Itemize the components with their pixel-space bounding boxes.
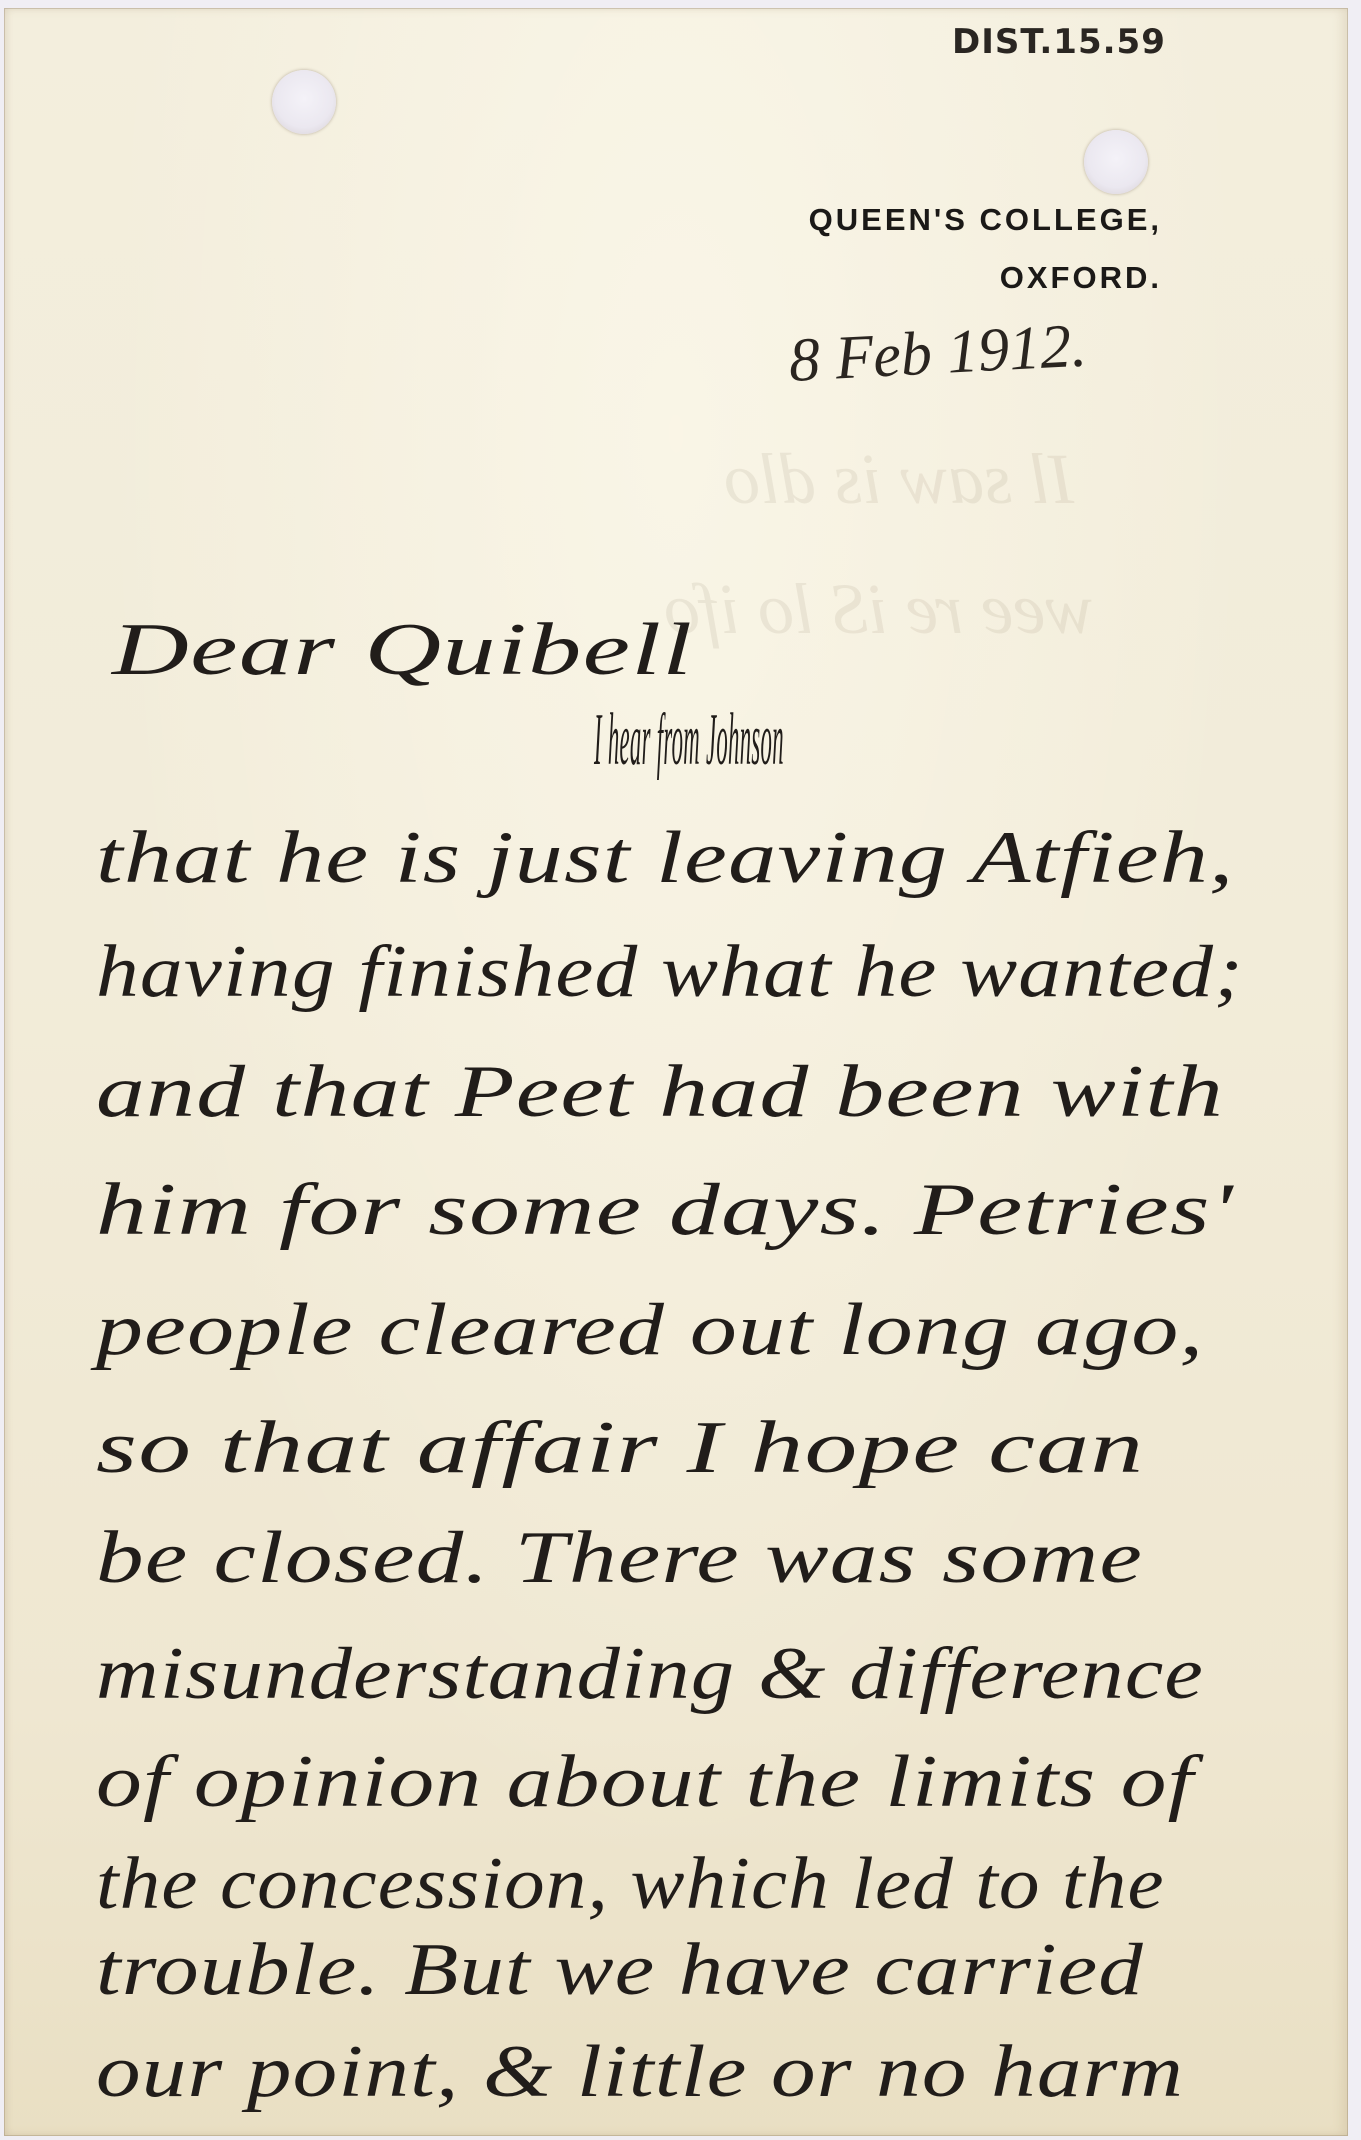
body-line: of opinion about the limits of (96, 1740, 1194, 1825)
body-line: the concession, which led to the (96, 1842, 1165, 1927)
body-line: people cleared out long ago, (96, 1288, 1204, 1373)
body-line: that he is just leaving Atfieh, (96, 816, 1234, 901)
punch-hole-right (1084, 130, 1148, 194)
body-line: him for some days. Petries' (96, 1168, 1234, 1253)
bleed-through-text: Il saw is dlo (724, 438, 1074, 521)
punch-hole-left (272, 70, 336, 134)
letter-page: Il saw is dlo wee re iS lo ifo DIST.15.5… (4, 8, 1348, 2136)
body-line: I hear from Johnson (594, 698, 784, 783)
body-line: misunderstanding & difference (96, 1632, 1204, 1717)
body-line: so that affair I hope can (96, 1406, 1144, 1491)
archive-reference: DIST.15.59 (952, 22, 1166, 62)
bleed-through-text: wee re iS lo ifo (664, 568, 1093, 651)
body-line: trouble. But we have carried (96, 1928, 1144, 2013)
body-line: having finished what he wanted; (96, 930, 1244, 1015)
letterhead-college: QUEEN'S COLLEGE, (809, 202, 1162, 238)
salutation: Dear Quibell (112, 608, 693, 693)
letterhead-city: OXFORD. (1000, 260, 1162, 296)
body-line: our point, & little or no harm (96, 2030, 1184, 2115)
letter-date: 8 Feb 1912. (787, 310, 1088, 396)
body-line: and that Peet had been with (96, 1050, 1224, 1135)
body-line: be closed. There was some (96, 1516, 1143, 1601)
